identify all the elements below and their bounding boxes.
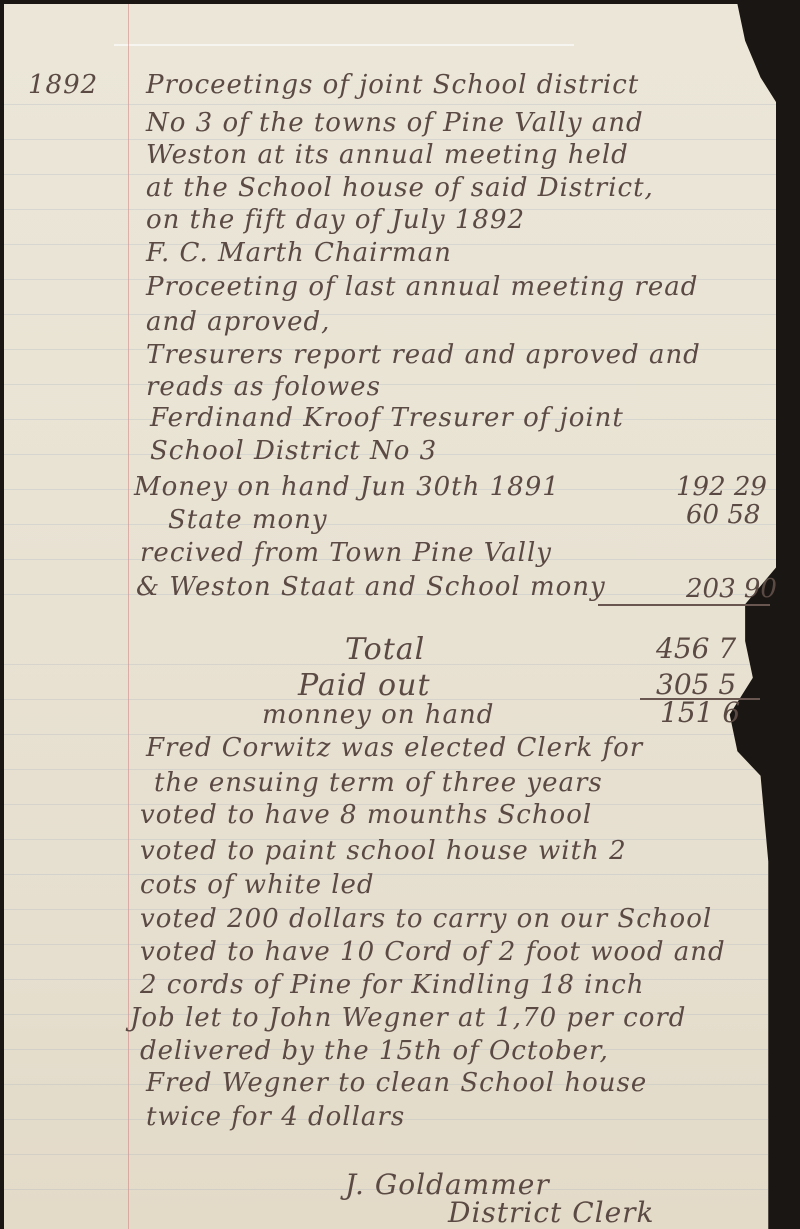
ruled-line <box>4 874 776 875</box>
chairman-line: F. C. Marth Chairman <box>146 238 452 268</box>
signature-title: District Clerk <box>448 1196 655 1229</box>
sum-underline <box>598 604 770 606</box>
ledger-amount: 203 90 <box>686 574 777 604</box>
text-line: Fred Wegner to clean School house <box>146 1068 647 1098</box>
ruled-line <box>4 1154 776 1155</box>
text-line: voted to have 10 Cord of 2 foot wood and <box>140 937 726 967</box>
text-line: School District No 3 <box>150 436 437 466</box>
ruled-line <box>4 524 776 525</box>
total-label: Total <box>345 632 425 667</box>
text-line: Proceeting of last annual meeting read <box>146 272 698 302</box>
paper-fold <box>114 44 574 46</box>
text-line: voted 200 dollars to carry on our School <box>140 904 712 934</box>
text-line: cots of white led <box>140 870 375 900</box>
text-line: at the School house of said District, <box>146 173 654 203</box>
text-line: on the fift day of July 1892 <box>146 205 525 235</box>
text-line: Job let to John Wegner at 1,70 per cord <box>130 1003 686 1033</box>
text-line: delivered by the 15th of October, <box>140 1036 609 1066</box>
text-line: Weston at its annual meeting held <box>146 140 629 170</box>
ledger-amount: 60 58 <box>686 500 760 530</box>
ruled-line <box>4 104 776 105</box>
text-line: Ferdinand Kroof Tresurer of joint <box>150 403 624 433</box>
ledger-label: State mony <box>168 505 328 535</box>
ledger-label: & Weston Staat and School mony <box>136 572 606 602</box>
text-line: No 3 of the towns of Pine Vally and <box>146 108 644 138</box>
ledger-label: Money on hand Jun 30th 1891 <box>134 472 560 502</box>
ruled-line <box>4 314 776 315</box>
ruled-line <box>4 384 776 385</box>
text-line: the ensuing term of three years <box>154 768 603 798</box>
text-line: voted to paint school house with 2 <box>140 836 627 866</box>
text-line: twice for 4 dollars <box>146 1102 405 1132</box>
money-on-hand-label: monney on hand <box>262 700 494 730</box>
ledger-amount: 192 29 <box>676 472 767 502</box>
text-line: Tresurers report read and aproved and <box>146 340 701 370</box>
text-line: and aproved, <box>146 307 330 337</box>
paid-out-label: Paid out <box>298 668 431 703</box>
text-line: voted to have 8 mounths School <box>140 800 592 830</box>
text-line: Fred Corwitz was elected Clerk for <box>146 733 643 763</box>
margin-year: 1892 <box>28 70 98 100</box>
margin-line <box>128 4 129 1229</box>
text-line: Proceetings of joint School district <box>146 70 639 100</box>
ledger-label: recived from Town Pine Vally <box>140 538 552 568</box>
text-line: 2 cords of Pine for Kindling 18 inch <box>140 970 645 1000</box>
total-amount: 456 7 <box>656 632 736 665</box>
money-on-hand-amount: 151 6 <box>660 696 740 729</box>
text-line: reads as folowes <box>146 372 381 402</box>
